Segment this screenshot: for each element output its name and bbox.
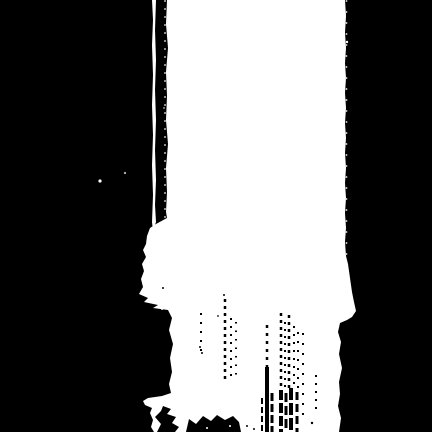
black-speck-2: [199, 346, 201, 348]
white-speck-6: [206, 427, 208, 429]
main-white-region: [139, 0, 356, 432]
binary-mask-image: [0, 0, 432, 432]
black-speck-6: [246, 425, 248, 427]
black-speck-1: [162, 287, 164, 289]
white-speck-5: [161, 308, 163, 310]
black-speck-5: [217, 315, 219, 317]
white-speck-2: [124, 172, 126, 174]
white-speck-4: [346, 41, 348, 43]
white-speck-3: [163, 107, 165, 109]
white-speck-1: [98, 179, 101, 182]
black-speck-7: [253, 428, 255, 430]
black-speck-4: [223, 294, 225, 296]
white-speck-7: [229, 425, 231, 427]
black-speck-8: [311, 422, 313, 424]
mask-canvas: [0, 0, 432, 432]
black-speck-3: [201, 352, 203, 354]
